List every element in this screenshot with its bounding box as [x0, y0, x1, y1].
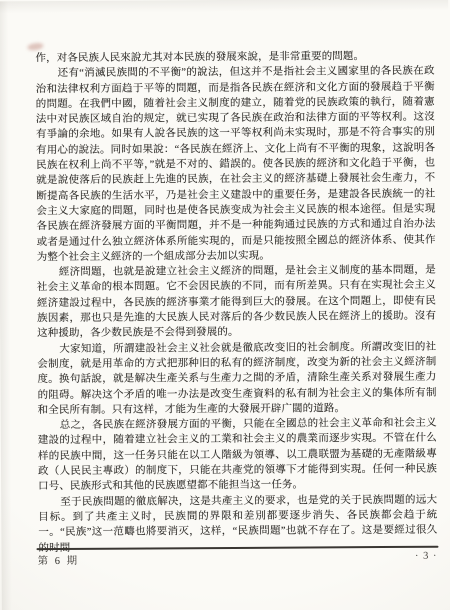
- paragraph: 总之，各民族在經济發展方面的平衡，只能在全國总的社会主义革命和社会主义建設的过程…: [38, 416, 437, 495]
- issue-label: 第 6 期: [38, 553, 80, 568]
- smudge-mark: [27, 42, 44, 51]
- paragraph: 大家知道，所謂建設社会主义社会就是徹底改变旧的社会制度。所謂改变旧的社会制度，就…: [37, 339, 436, 418]
- paragraph: 經济問題，也就是說建立社会主义經济的問題，是社会主义制度的基本問題，是社会主义革…: [37, 263, 436, 342]
- scanned-document-page: 作，对各民族人民來說尤其对本民族的發展來說，是非常重要的問題。 还有“消滅民族間…: [0, 0, 450, 610]
- article-body: 作，对各民族人民來說尤其对本民族的發展來說，是非常重要的問題。 还有“消滅民族間…: [35, 49, 437, 556]
- page-footer: 第 6 期 · 3 ·: [38, 551, 438, 568]
- scan-edge-shadow-left: [0, 1, 12, 610]
- paragraph: 还有“消滅民族間的不平衡”的說法，但这并不是指社会主义國家里的各民族在政治和法律…: [36, 64, 436, 265]
- page-number: · 3 ·: [415, 551, 438, 566]
- scan-edge-shadow-top: [0, 0, 448, 13]
